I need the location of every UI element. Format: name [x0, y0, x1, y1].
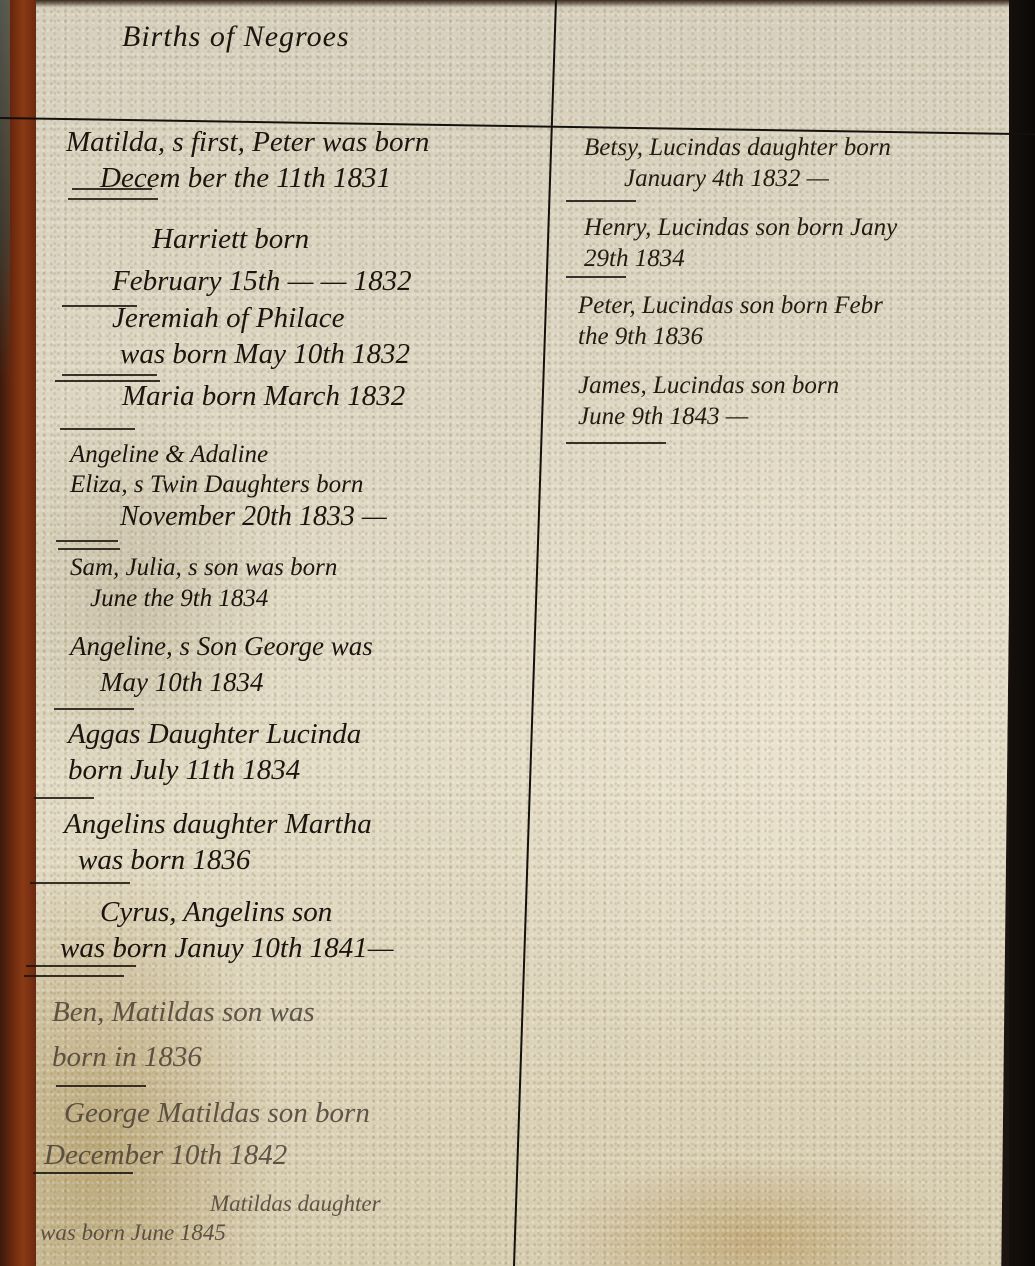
entry-separator	[60, 428, 135, 430]
entry-line: Betsy, Lucindas daughter born	[584, 132, 891, 163]
entry-line: June 9th 1843 —	[578, 401, 839, 432]
entry-line: Ben, Matildas son was	[52, 990, 315, 1035]
entry-line: Henry, Lucindas son born Jany	[584, 212, 897, 243]
entry-separator	[566, 200, 636, 202]
entry-line: December 10th 1842	[44, 1134, 370, 1176]
entry-line: was born May 10th 1832	[112, 336, 410, 372]
page-title: Births of Negroes	[122, 20, 350, 54]
birth-entry: Jeremiah of Philace was born May 10th 18…	[112, 300, 410, 373]
birth-entry: James, Lucindas son born June 9th 1843 —	[578, 370, 839, 433]
entry-line: Harriett born	[112, 218, 412, 260]
birth-entry: Matilda, s first, Peter was born Decem b…	[66, 124, 429, 197]
entry-line: Cyrus, Angelins son	[60, 894, 394, 930]
entry-separator	[24, 975, 124, 977]
entry-line: James, Lucindas son born	[578, 370, 839, 401]
entry-separator	[58, 548, 120, 550]
entry-line: November 20th 1833 —	[70, 500, 387, 534]
entry-line: Sam, Julia, s son was born	[70, 552, 337, 583]
entry-separator	[54, 708, 134, 710]
entry-line: Matildas daughter	[40, 1190, 381, 1219]
entry-line: February 15th — — 1832	[112, 260, 412, 302]
entry-line: 29th 1834	[584, 243, 897, 274]
birth-entry: Cyrus, Angelins son was born Januy 10th …	[60, 894, 394, 967]
birth-entry: Maria born March 1832	[122, 378, 405, 414]
entry-line: was born Januy 10th 1841—	[60, 930, 394, 966]
entry-separator	[34, 797, 94, 799]
birth-entry: Ben, Matildas son was born in 1836	[52, 990, 315, 1080]
entry-line: the 9th 1836	[578, 321, 883, 352]
entry-line: Decem ber the 11th 1831	[66, 160, 429, 196]
entry-line: June the 9th 1834	[70, 583, 337, 614]
birth-entry: Sam, Julia, s son was born June the 9th …	[70, 552, 337, 615]
entry-line: Eliza, s Twin Daughters born	[70, 470, 387, 500]
birth-entry: Harriett born February 15th — — 1832	[112, 218, 412, 302]
birth-entry: Angeline, s Son George was May 10th 1834	[70, 628, 373, 701]
birth-entry: Peter, Lucindas son born Febr the 9th 18…	[578, 290, 883, 353]
entry-line: Angelins daughter Martha	[64, 806, 372, 842]
entry-line: Angeline, s Son George was	[70, 628, 373, 664]
birth-entry: Henry, Lucindas son born Jany 29th 1834	[584, 212, 897, 275]
entry-line: Jeremiah of Philace	[112, 300, 410, 336]
entry-line: Angeline & Adaline	[70, 440, 387, 470]
entry-line: was born 1836	[64, 842, 372, 878]
entry-line: born July 11th 1834	[68, 752, 361, 788]
page-right-edge	[1009, 0, 1035, 1266]
entry-line: Aggas Daughter Lucinda	[68, 716, 361, 752]
entry-separator	[68, 198, 158, 200]
entry-line: born in 1836	[52, 1035, 315, 1080]
entry-separator	[56, 540, 118, 542]
ledger-photo: Births of Negroes Matilda, s first, Pete…	[0, 0, 1035, 1266]
birth-entry: Angelins daughter Martha was born 1836	[64, 806, 372, 879]
entry-line: January 4th 1832 —	[584, 163, 891, 194]
page-top-edge	[36, 0, 1035, 8]
entry-line: Matilda, s first, Peter was born	[66, 124, 429, 160]
entry-line: was born June 1845	[40, 1219, 381, 1248]
entry-separator	[30, 882, 130, 884]
birth-entry: Betsy, Lucindas daughter born January 4t…	[584, 132, 891, 195]
entry-separator	[566, 276, 626, 278]
birth-entry: Aggas Daughter Lucinda born July 11th 18…	[68, 716, 361, 789]
entry-line: Peter, Lucindas son born Febr	[578, 290, 883, 321]
entry-line: George Matildas son born	[44, 1092, 370, 1134]
entry-separator	[62, 374, 157, 376]
birth-entry: Matildas daughter was born June 1845	[40, 1190, 381, 1248]
birth-entry: George Matildas son born December 10th 1…	[44, 1092, 370, 1176]
birth-entry: Angeline & Adaline Eliza, s Twin Daughte…	[70, 440, 387, 534]
entry-separator	[56, 1085, 146, 1087]
entry-line: Maria born March 1832	[122, 378, 405, 414]
entry-line: May 10th 1834	[70, 664, 373, 700]
entry-separator	[566, 442, 666, 444]
